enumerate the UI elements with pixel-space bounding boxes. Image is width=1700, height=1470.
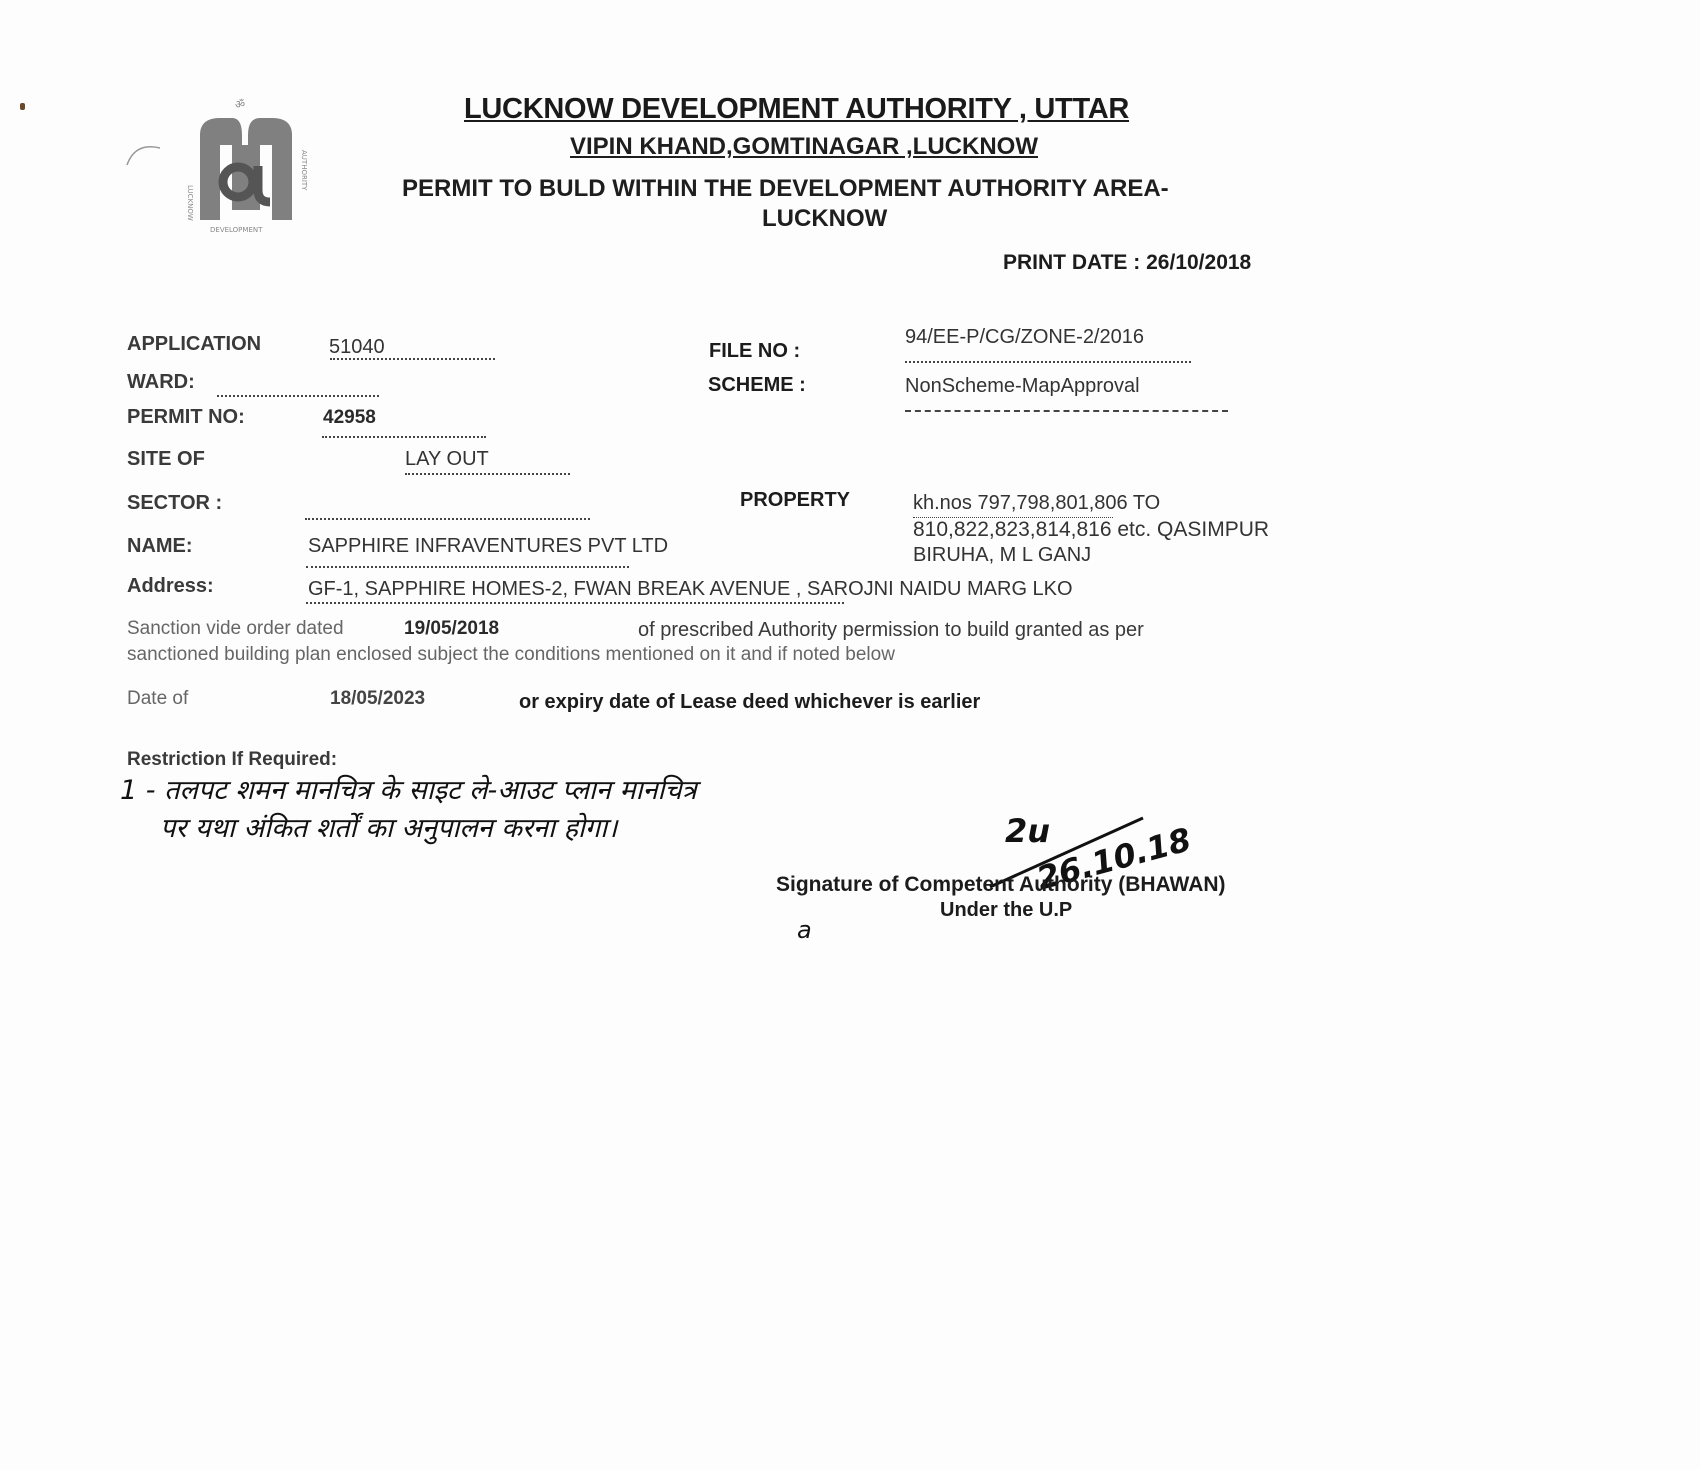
site-of-label: SITE OF — [127, 448, 205, 471]
sanction-suffix: of prescribed Authority permission to bu… — [638, 619, 1144, 642]
print-date-label: PRINT DATE : — [1003, 251, 1140, 274]
sanction-order-date: 19/05/2018 — [404, 618, 499, 640]
scheme-dashed-line — [905, 410, 1228, 412]
print-date: PRINT DATE : 26/10/2018 — [1003, 251, 1251, 275]
application-value: 51040 — [329, 336, 385, 359]
lda-emblem-icon: ॐ LUCKNOW AUTHORITY DEVELOPMENT — [180, 90, 310, 235]
ward-dotted-line — [217, 395, 379, 397]
name-label: NAME: — [127, 535, 193, 558]
org-address: VIPIN KHAND,GOMTINAGAR ,LUCKNOW — [570, 133, 1038, 161]
restriction-handwritten-line2: पर यथा अंकित शर्तों का अनुपालन करना होगा… — [160, 808, 617, 845]
signature-mark: a — [797, 916, 812, 944]
file-no-label: FILE NO : — [709, 340, 800, 363]
file-no-dotted-line — [905, 361, 1191, 363]
svg-text:ॐ: ॐ — [235, 98, 245, 111]
restriction-label: Restriction If Required: — [127, 749, 337, 771]
property-line-3: BIRUHA, M L GANJ — [913, 544, 1091, 567]
validity-label: Date of — [127, 688, 188, 710]
name-dotted-line — [306, 566, 629, 568]
validity-text: or expiry date of Lease deed whichever i… — [519, 691, 980, 714]
signature-label: Signature of Competent Authority (BHAWAN… — [776, 873, 1226, 897]
property-label: PROPERTY — [740, 489, 850, 512]
ward-label: WARD: — [127, 371, 195, 394]
application-label: APPLICATION — [127, 333, 261, 356]
permit-title-line2: LUCKNOW — [762, 205, 887, 233]
svg-text:LUCKNOW: LUCKNOW — [186, 185, 194, 221]
scan-arc — [125, 140, 165, 170]
scheme-label: SCHEME : — [708, 374, 806, 397]
validity-date: 18/05/2023 — [330, 688, 425, 710]
application-dotted-line — [330, 358, 495, 360]
file-no-value: 94/EE-P/CG/ZONE-2/2016 — [905, 326, 1144, 349]
scheme-value: NonScheme-MapApproval — [905, 375, 1140, 398]
property-line-1: kh.nos 797,798,801,806 TO — [913, 492, 1160, 515]
address-dotted-line — [306, 602, 844, 604]
site-of-value: LAY OUT — [405, 448, 489, 471]
print-date-value: 26/10/2018 — [1146, 251, 1251, 274]
site-of-dotted-line — [405, 473, 570, 475]
permit-no-value: 42958 — [323, 407, 376, 429]
restriction-handwritten-line1: 1 - तलपट शमन मानचित्र के साइट ले-आउट प्ल… — [120, 770, 697, 807]
org-title: LUCKNOW DEVELOPMENT AUTHORITY , UTTAR — [464, 93, 1129, 126]
sanction-line2: sanctioned building plan enclosed subjec… — [127, 644, 895, 666]
permit-no-label: PERMIT NO: — [127, 406, 245, 429]
svg-text:AUTHORITY: AUTHORITY — [300, 150, 308, 191]
scan-speck — [20, 103, 25, 110]
permit-no-dotted-line — [322, 436, 486, 438]
sector-dotted-line — [305, 518, 590, 520]
sanction-prefix: Sanction vide order dated — [127, 618, 344, 640]
sector-label: SECTOR : — [127, 492, 222, 515]
signature-under: Under the U.P — [940, 899, 1072, 922]
property-line-2: 810,822,823,814,816 etc. QASIMPUR — [913, 518, 1269, 542]
permit-title-line1: PERMIT TO BULD WITHIN THE DEVELOPMENT AU… — [402, 175, 1169, 203]
name-value: SAPPHIRE INFRAVENTURES PVT LTD — [308, 535, 668, 558]
address-label: Address: — [127, 575, 214, 598]
svg-text:DEVELOPMENT: DEVELOPMENT — [210, 226, 263, 234]
address-value: GF-1, SAPPHIRE HOMES-2, FWAN BREAK AVENU… — [308, 578, 1073, 601]
